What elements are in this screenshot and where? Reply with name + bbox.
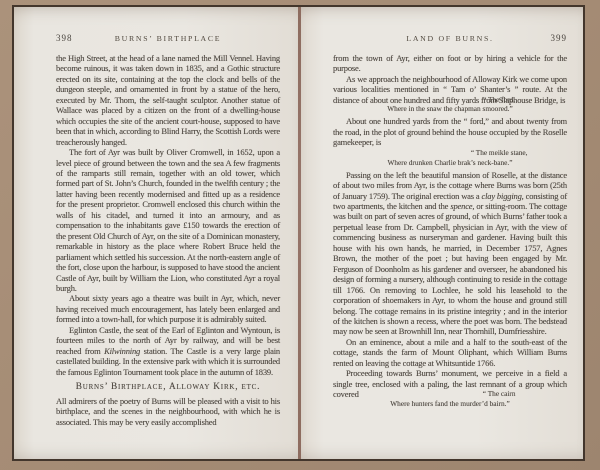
- right-page-number: 399: [533, 33, 567, 43]
- paragraph-fort-of-ayr: The fort of Ayr was built by Oliver Crom…: [56, 147, 280, 293]
- paragraph-eglinton-castle: Eglinton Castle, the seat of the Earl of…: [56, 325, 280, 377]
- left-page-number: 398: [56, 33, 90, 43]
- paragraph-cottage: Passing on the left the beautiful mansio…: [333, 170, 567, 337]
- right-running-header: LAND OF BURNS.: [367, 34, 533, 43]
- section-heading: Burns’ Birthplace, Alloway Kirk, etc.: [56, 382, 280, 392]
- paragraph-segment: , or sitting-room. The cottage was built…: [333, 201, 567, 336]
- paragraph-continuation: from the town of Ayr, either on foot or …: [333, 53, 567, 74]
- verse-quote-cairn: “ The cairn Where hunters fand the murde…: [333, 389, 567, 408]
- verse-quote-meikle-stane: “ The meikle stane, Where drunken Charli…: [333, 148, 567, 167]
- italic-place-name: Kilwinning: [104, 346, 140, 356]
- right-page: LAND OF BURNS. 399 from the town of Ayr,…: [301, 7, 583, 459]
- italic-clay-bigging: clay bigging: [482, 191, 522, 201]
- paragraph-meikle-stane: About one hundred yards from the “ ford,…: [333, 116, 567, 147]
- paragraph-mount-oliphant: On an eminence, about a mile and a half …: [333, 337, 567, 368]
- verse-line: “ The meikle stane,: [333, 148, 567, 158]
- right-text-column: from the town of Ayr, either on foot or …: [333, 53, 567, 408]
- verse-line: Where drunken Charlie brak’s neck-bane.”: [333, 158, 567, 168]
- right-running-head: LAND OF BURNS. 399: [333, 33, 567, 43]
- verse-line: Where hunters fand the murder’d bairn.”: [333, 399, 567, 409]
- verse-line: Where in the snaw the chapman smoored.”: [333, 104, 567, 114]
- paragraph-theatre: About sixty years ago a theatre was buil…: [56, 293, 280, 324]
- paragraph-admirers: All admirers of the poetry of Burns will…: [56, 396, 280, 427]
- left-running-header: BURNS’ BIRTHPLACE: [90, 34, 246, 43]
- italic-spence: spence: [450, 201, 472, 211]
- left-text-column: the High Street, at the head of a lane n…: [56, 53, 280, 427]
- paragraph-alloway-kirk: As we approach the neighbourhood of Allo…: [333, 74, 567, 105]
- left-page: 398 BURNS’ BIRTHPLACE the High Street, a…: [14, 7, 298, 459]
- paragraph-continuation: the High Street, at the head of a lane n…: [56, 53, 280, 147]
- verse-line: “ The cairn: [333, 389, 567, 399]
- left-running-head: 398 BURNS’ BIRTHPLACE: [56, 33, 280, 43]
- scan-backing: 398 BURNS’ BIRTHPLACE the High Street, a…: [0, 0, 600, 470]
- book-spread: 398 BURNS’ BIRTHPLACE the High Street, a…: [12, 5, 585, 461]
